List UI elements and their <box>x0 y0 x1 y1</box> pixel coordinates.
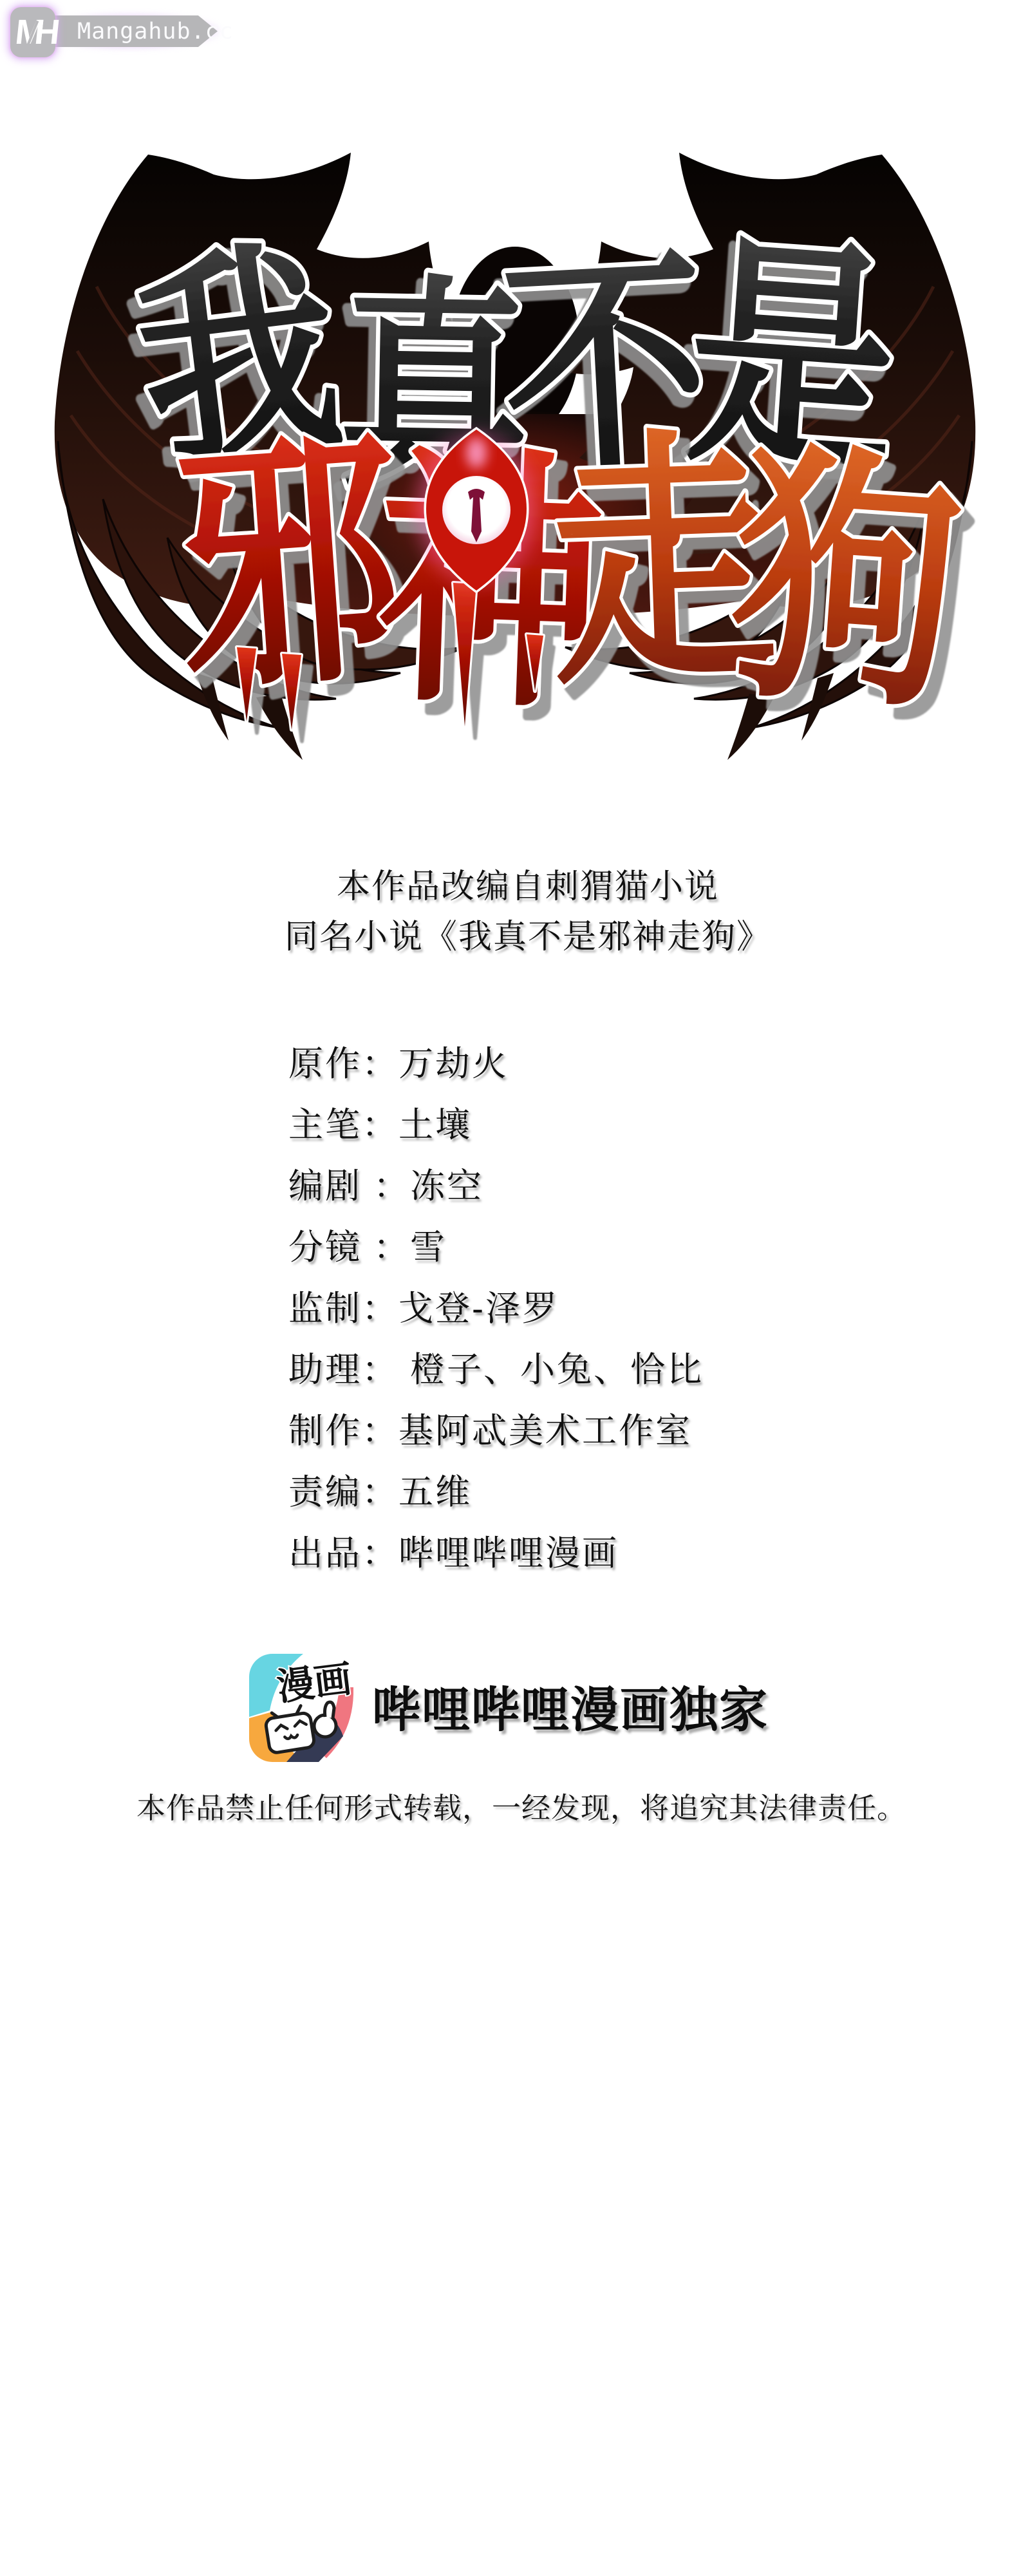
credit-line-assistants: 助理： 橙子、小兔、恰比 <box>288 1340 704 1401</box>
mangahub-watermark: Mangahub.cc MH <box>0 0 257 71</box>
evil-eye-icon <box>406 422 547 596</box>
adaptation-note-line1: 本作品改编自刺猬猫小说 <box>0 862 1030 912</box>
disclaimer-text: 本作品禁止任何形式转载，一经发现，将追究其法律责任。 <box>6 1785 1030 1826</box>
page: { "watermark": { "monogram": "MH", "site… <box>0 0 1030 2576</box>
credit-line-editor: 责编：五维 <box>288 1462 704 1523</box>
mangahub-logo-icon: MH <box>10 7 55 57</box>
credit-line-original-author: 原作：万劫火 <box>288 1034 704 1095</box>
icon-manga-label: 漫画 <box>275 1658 353 1709</box>
credit-line-lead-artist: 主笔：土壤 <box>288 1095 704 1156</box>
bilibili-manga-app-icon: 漫画 <box>249 1654 353 1762</box>
title-row2: 邪 神 走 狗 <box>169 409 969 741</box>
paw-icon <box>314 1715 336 1737</box>
title-char: 狗 <box>724 424 969 741</box>
credit-line-storyboard: 分镜 ：雪 <box>288 1217 704 1278</box>
adaptation-note-line2: 同名小说《我真不是邪神走狗》 <box>0 912 1030 962</box>
credit-line-publisher: 出品：哔哩哔哩漫画 <box>288 1523 704 1584</box>
credit-line-production: 制作：基阿忒美术工作室 <box>288 1401 704 1462</box>
adaptation-note: 本作品改编自刺猬猫小说 同名小说《我真不是邪神走狗》 <box>0 862 1030 962</box>
credit-line-screenwriter: 编剧 ：冻空 <box>288 1156 704 1217</box>
credits-list: 原作：万劫火 主笔：土壤 编剧 ：冻空 分镜 ：雪 监制：戈登-泽罗 助理： 橙… <box>288 1034 704 1584</box>
credit-line-supervisor: 监制：戈登-泽罗 <box>288 1278 704 1340</box>
watermark-site-name: Mangahub.cc <box>77 15 234 47</box>
paw-finger <box>325 1702 335 1718</box>
series-title-logo: 我 真 不 是 邪 神 走 狗 <box>0 138 1030 770</box>
bilibili-exclusive-label: 哔哩哔哩漫画独家 <box>372 1672 769 1741</box>
